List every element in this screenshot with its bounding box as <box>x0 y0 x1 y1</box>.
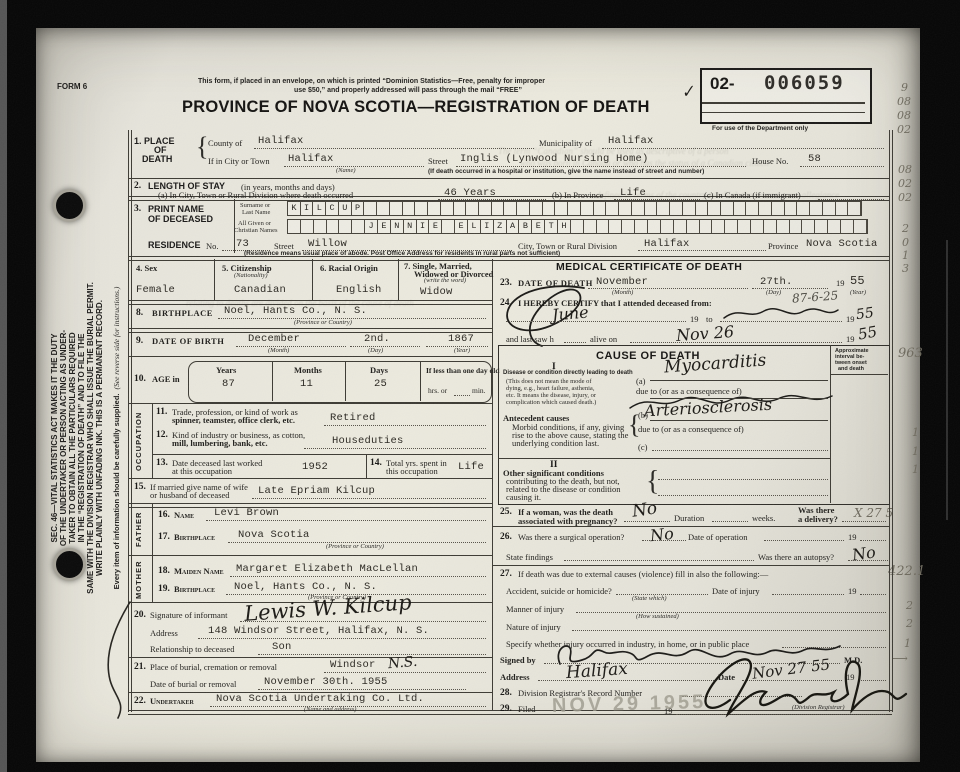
scanned-death-registration: The term “Canadian” should be used as de… <box>0 0 960 772</box>
scan-noise-overlay <box>0 0 960 772</box>
